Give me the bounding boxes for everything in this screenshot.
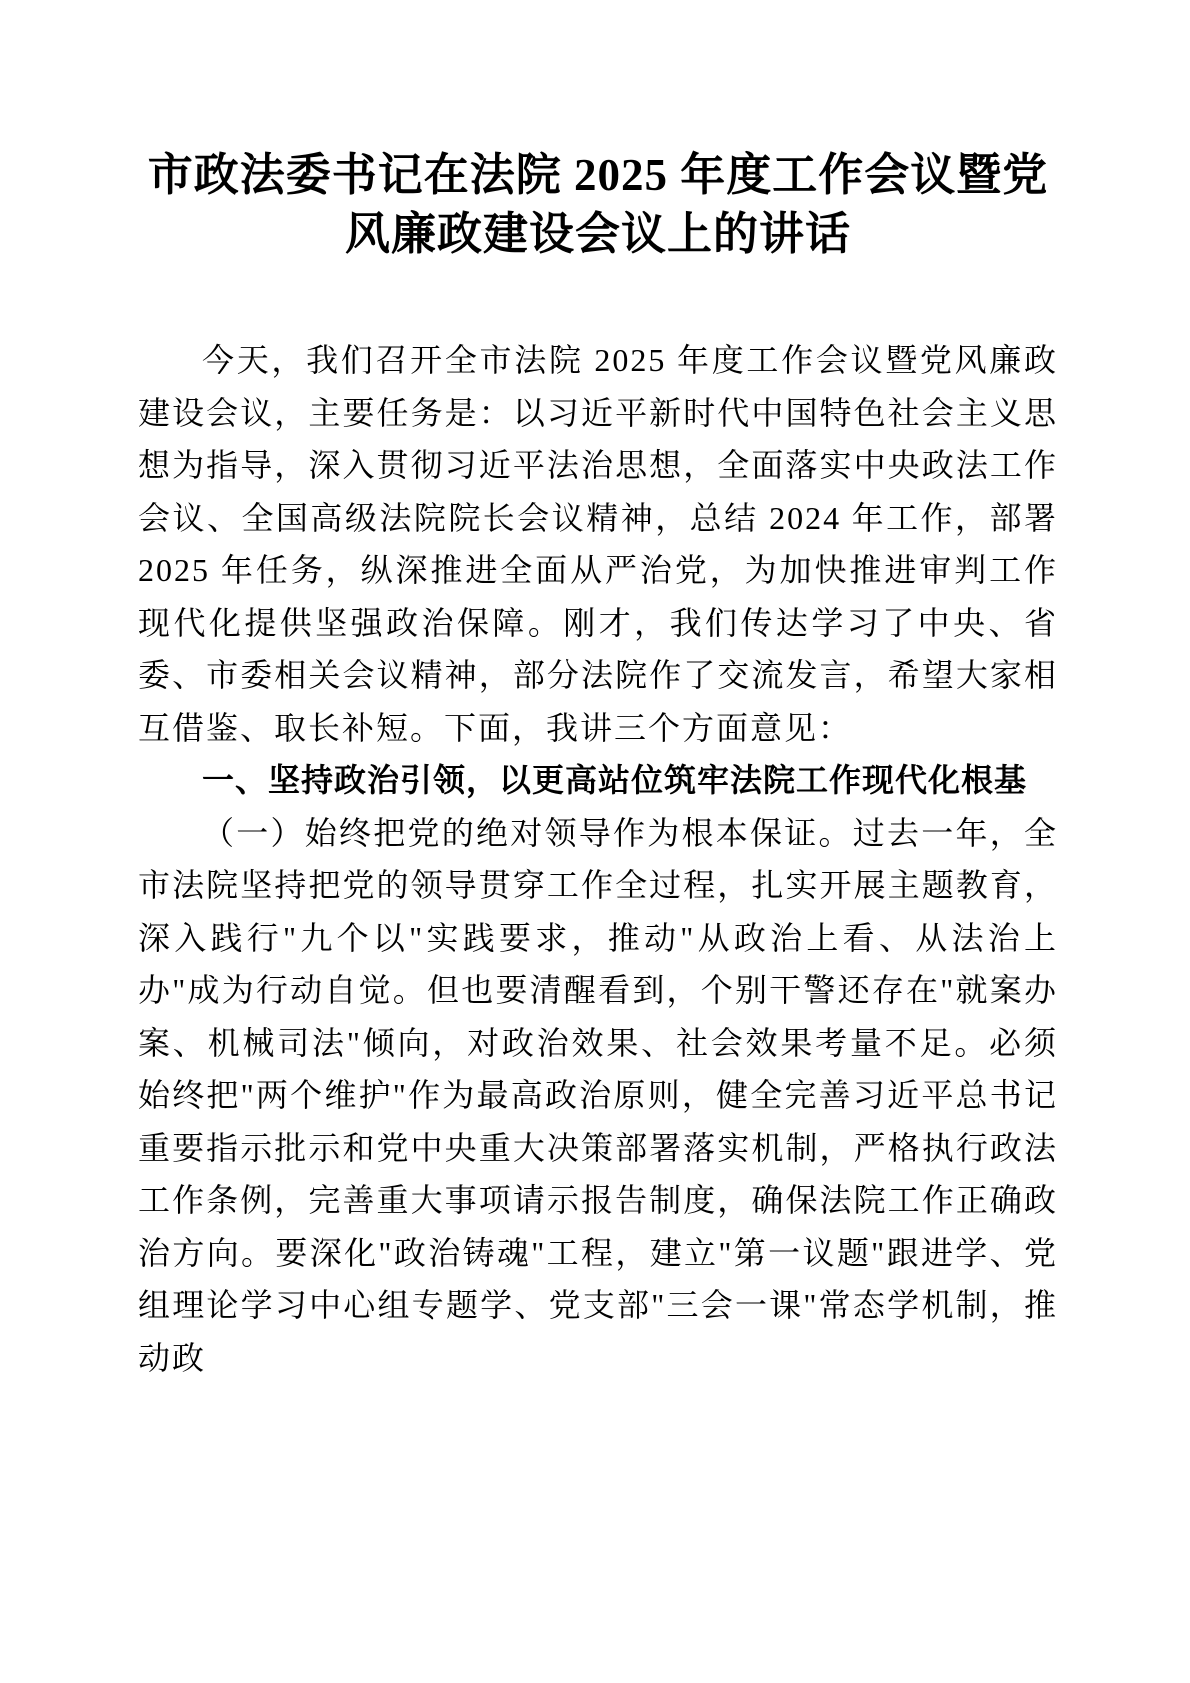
- document-page: 市政法委书记在法院 2025 年度工作会议暨党 风廉政建设会议上的讲话 今天，我…: [0, 0, 1190, 1683]
- document-body: 市政法委书记在法院 2025 年度工作会议暨党 风廉政建设会议上的讲话 今天，我…: [0, 0, 1190, 1384]
- document-title-line-1: 市政法委书记在法院 2025 年度工作会议暨党: [138, 146, 1058, 205]
- document-title: 市政法委书记在法院 2025 年度工作会议暨党 风廉政建设会议上的讲话: [138, 146, 1058, 264]
- section-heading-1: 一、坚持政治引领，以更高站位筑牢法院工作现代化根基: [138, 754, 1058, 807]
- paragraph-section-1: （一）始终把党的绝对领导作为根本保证。过去一年，全市法院坚持把党的领导贯穿工作全…: [138, 807, 1058, 1385]
- paragraph-intro: 今天，我们召开全市法院 2025 年度工作会议暨党风廉政建设会议，主要任务是：以…: [138, 334, 1058, 754]
- document-title-line-2: 风廉政建设会议上的讲话: [138, 205, 1058, 264]
